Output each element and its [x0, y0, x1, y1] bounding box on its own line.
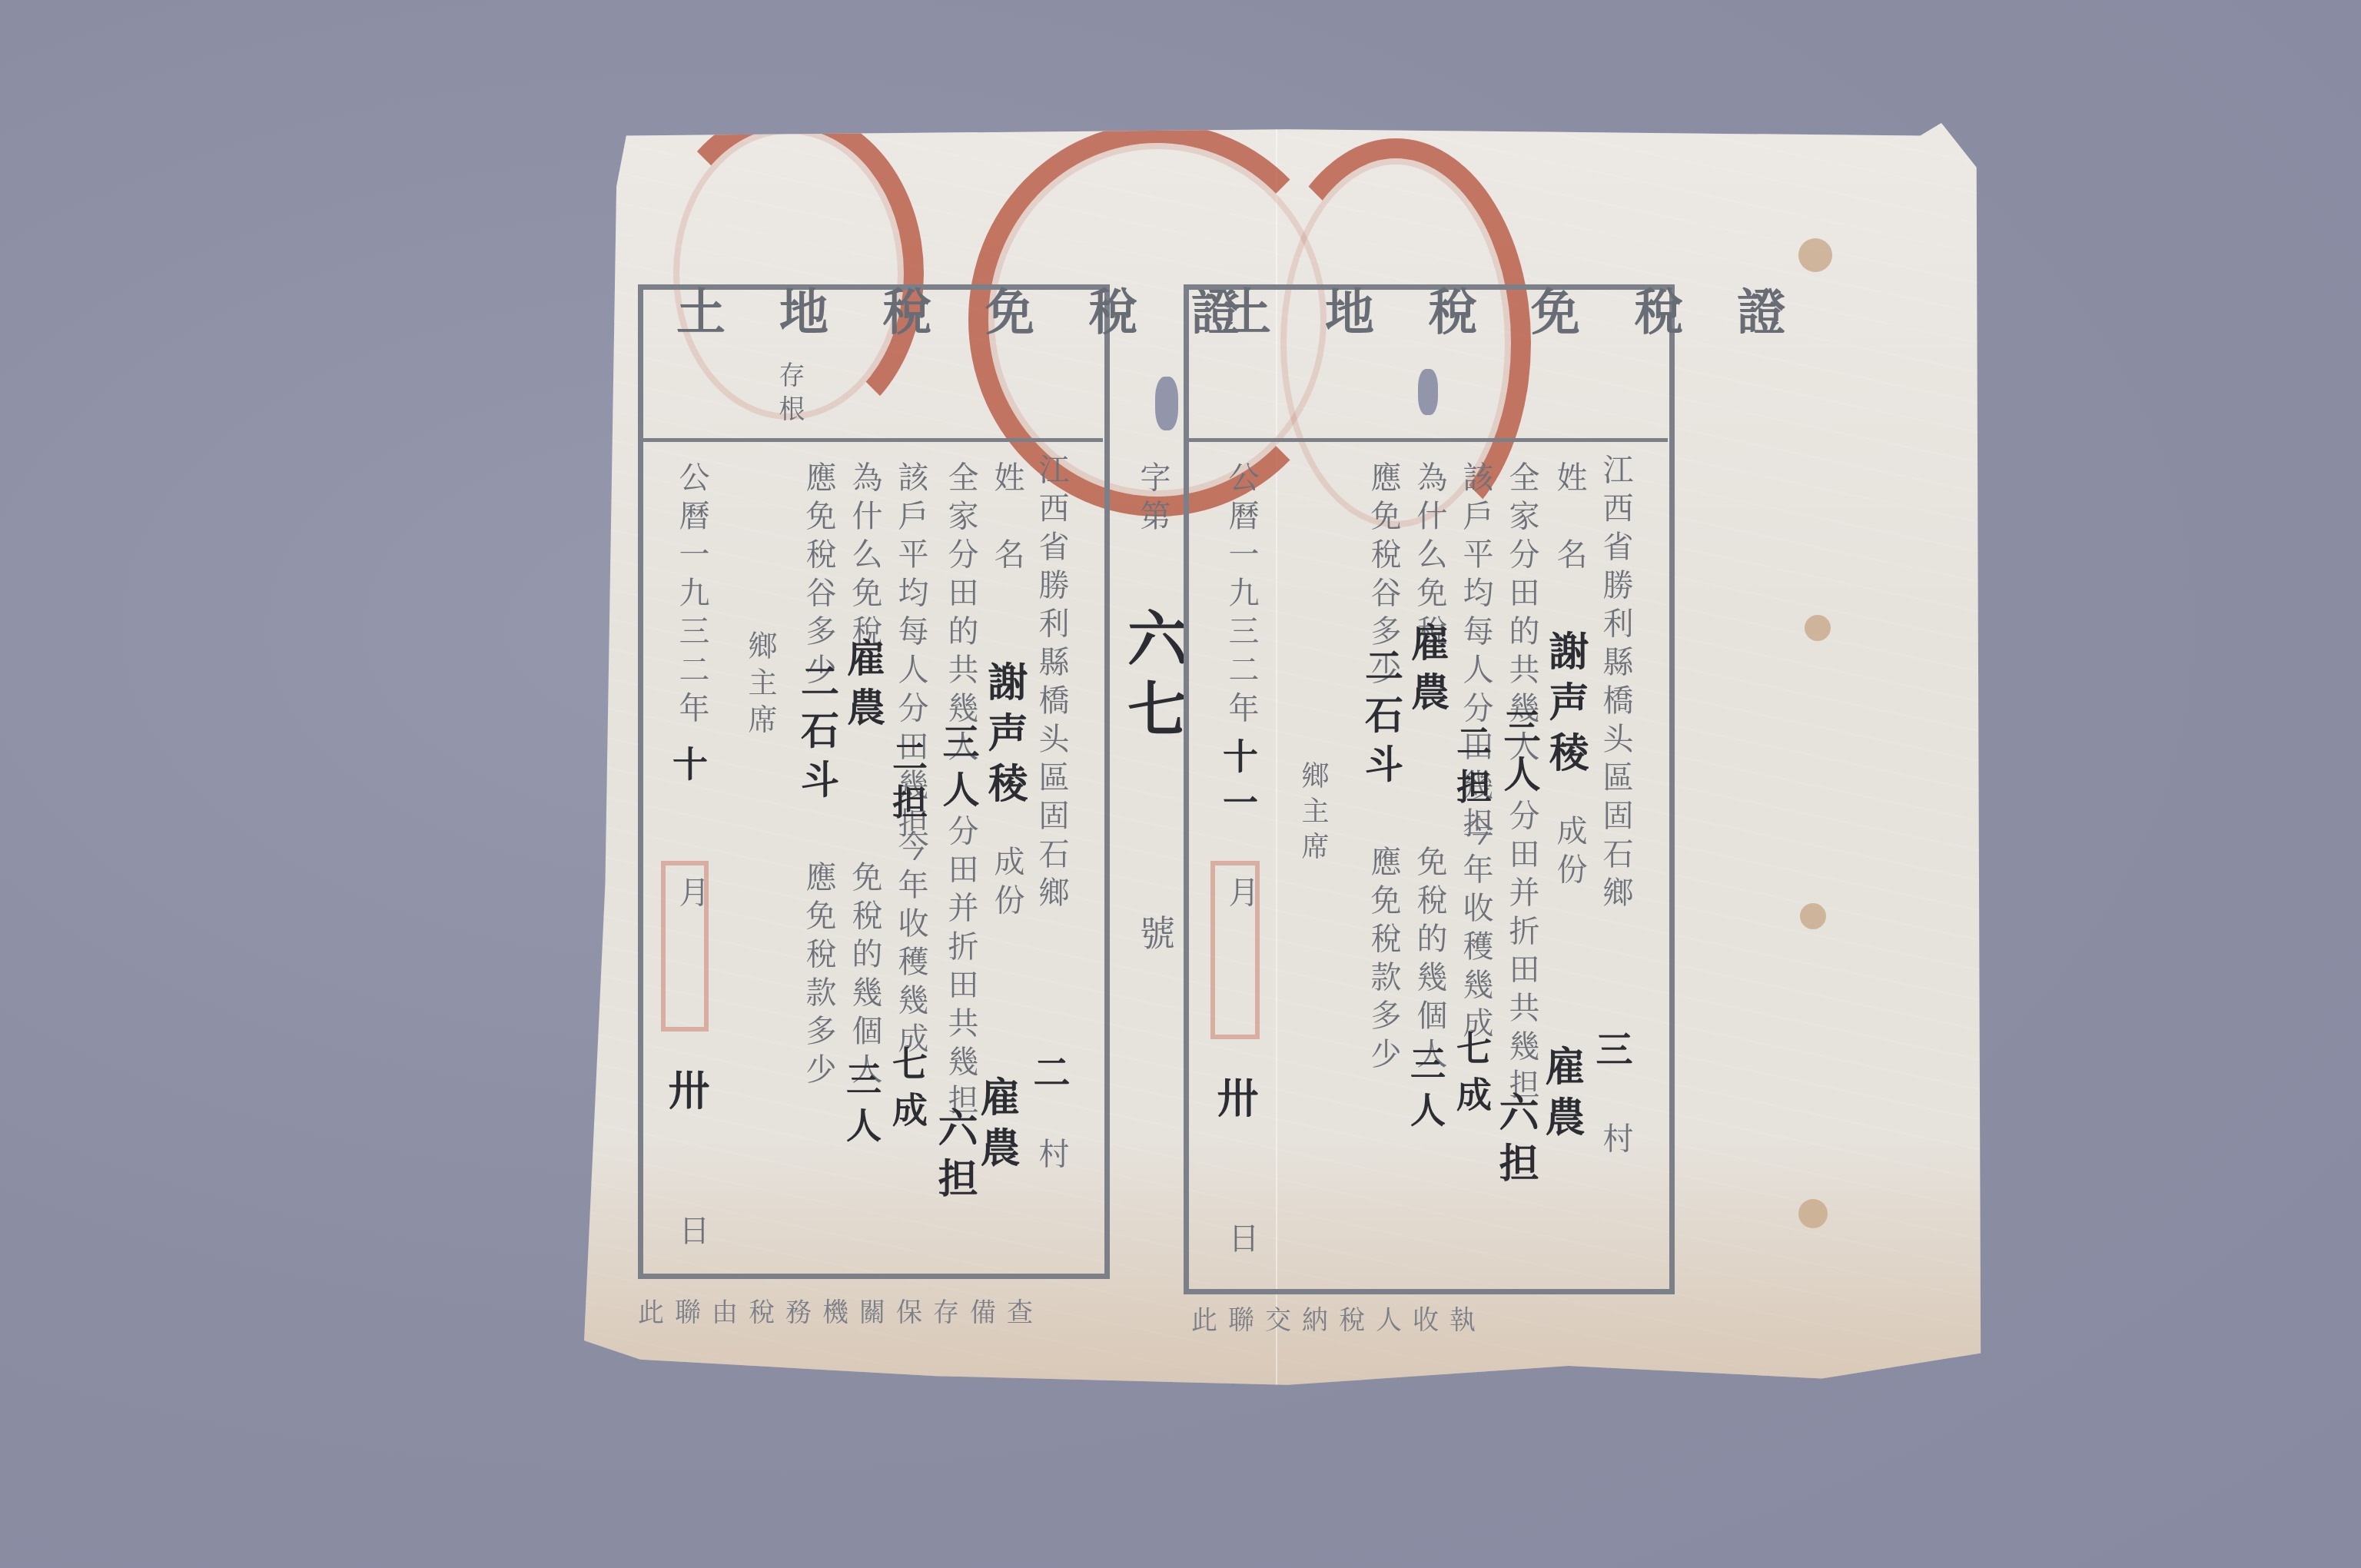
stub-cash-label: 應免稅款多少 [803, 861, 834, 1091]
cert-class-label: 成份 [1554, 815, 1585, 892]
cert-household-value: 三人 [1500, 707, 1537, 802]
stub-date-prefix: 公曆一九三二年 [676, 461, 707, 730]
cert-date-prefix: 公曆一九三二年 [1226, 461, 1257, 730]
stub-grain-label: 應免稅谷多少 [803, 461, 834, 692]
photo-stage: 土地稅免稅證 存根 江西省勝利縣橋头區固石鄉 二 村 姓 名 謝声稜 成份 雇農… [0, 0, 2361, 1568]
cert-name-label: 姓 名 [1554, 461, 1585, 576]
cert-address: 江西省勝利縣橋头區固石鄉 [1600, 453, 1631, 915]
cert-class-value: 雇農 [1541, 1045, 1581, 1147]
stub-month-label: 月 [676, 876, 707, 915]
cert-month: 十一 [1220, 738, 1256, 830]
stain-spot [1800, 903, 1826, 929]
stub-land-label: 分田并折田共幾担 [945, 815, 976, 1122]
certificate-title: 土地稅免稅證 [1222, 288, 1840, 337]
stain-spot [1798, 238, 1832, 272]
stub-subtitle: 存根 [776, 361, 802, 429]
cert-avg-value: 二担 [1454, 723, 1489, 815]
serial-suffix: 號 [1137, 915, 1173, 958]
cert-village-label: 村 [1600, 1122, 1631, 1161]
cert-harvest-label: 今年收穫幾成 [1460, 815, 1491, 1045]
cert-land-label: 分田并折田共幾担 [1506, 799, 1537, 1107]
stub-persons-label: 免稅的幾個人 [849, 861, 880, 1091]
stub-reason-value: 雇農 [844, 638, 882, 736]
stain-spot [1798, 1199, 1828, 1228]
certificate-title-divider [1184, 438, 1668, 442]
stub-household-value: 三人 [939, 723, 976, 818]
stub-day-label: 日 [676, 1214, 707, 1253]
stub-reason-label: 為什么免稅 [849, 461, 880, 653]
stub-class-value: 雇農 [976, 1076, 1016, 1178]
stub-grain-value: 二石斗 [798, 661, 836, 809]
stub-village-num: 二 [1030, 1053, 1067, 1101]
stub-village-label: 村 [1036, 1138, 1067, 1176]
stub-land-value: 六担 [934, 1107, 974, 1208]
stub-footer-note: 此聯由稅務機關保存備查 [638, 1291, 1044, 1329]
stub-title-divider [638, 438, 1103, 442]
cert-day-label: 日 [1226, 1222, 1257, 1261]
stub-avg-value: 二担 [890, 738, 925, 830]
stub-day: 卅 [666, 1068, 707, 1121]
document-paper: 土地稅免稅證 存根 江西省勝利縣橋头區固石鄉 二 村 姓 名 謝声稜 成份 雇農… [584, 123, 1991, 1391]
stub-harvest-label: 今年收穫幾成 [895, 830, 926, 1061]
cert-village-num: 三 [1592, 1030, 1629, 1078]
cert-persons-value: 三人 [1408, 1045, 1443, 1138]
stub-month: 十 [670, 746, 706, 792]
cert-persons-label: 免稅的幾個人 [1414, 845, 1445, 1076]
stub-class-label: 成份 [991, 845, 1022, 922]
serial-number: 六七 [1122, 607, 1182, 749]
stub-name-value: 謝声稜 [984, 661, 1024, 813]
cert-land-value: 六担 [1495, 1091, 1535, 1193]
stub-persons-value: 三人 [844, 1061, 879, 1153]
cert-cash-label: 應免稅款多少 [1368, 845, 1399, 1076]
cert-harvest-value: 七成 [1454, 1030, 1489, 1122]
cert-name-value: 謝声稜 [1545, 630, 1585, 782]
cert-reason-value: 雇農 [1408, 623, 1446, 721]
stub-address: 江西省勝利縣橋头區固石鄉 [1036, 453, 1067, 915]
cert-grain-value: 二石斗 [1362, 646, 1400, 793]
stub-chairman-label: 鄉主席 [745, 630, 775, 741]
cert-day: 卅 [1214, 1076, 1256, 1128]
cert-chairman-label: 鄉主席 [1299, 761, 1327, 867]
stub-name-label: 姓 名 [991, 461, 1022, 576]
serial-prefix: 字第 [1137, 461, 1168, 538]
stain-spot [1805, 615, 1831, 641]
certificate-footer-note: 此聯交納稅人收執 [1191, 1299, 1486, 1337]
cert-month-label: 月 [1226, 876, 1257, 915]
stub-harvest-value: 七成 [890, 1045, 925, 1138]
